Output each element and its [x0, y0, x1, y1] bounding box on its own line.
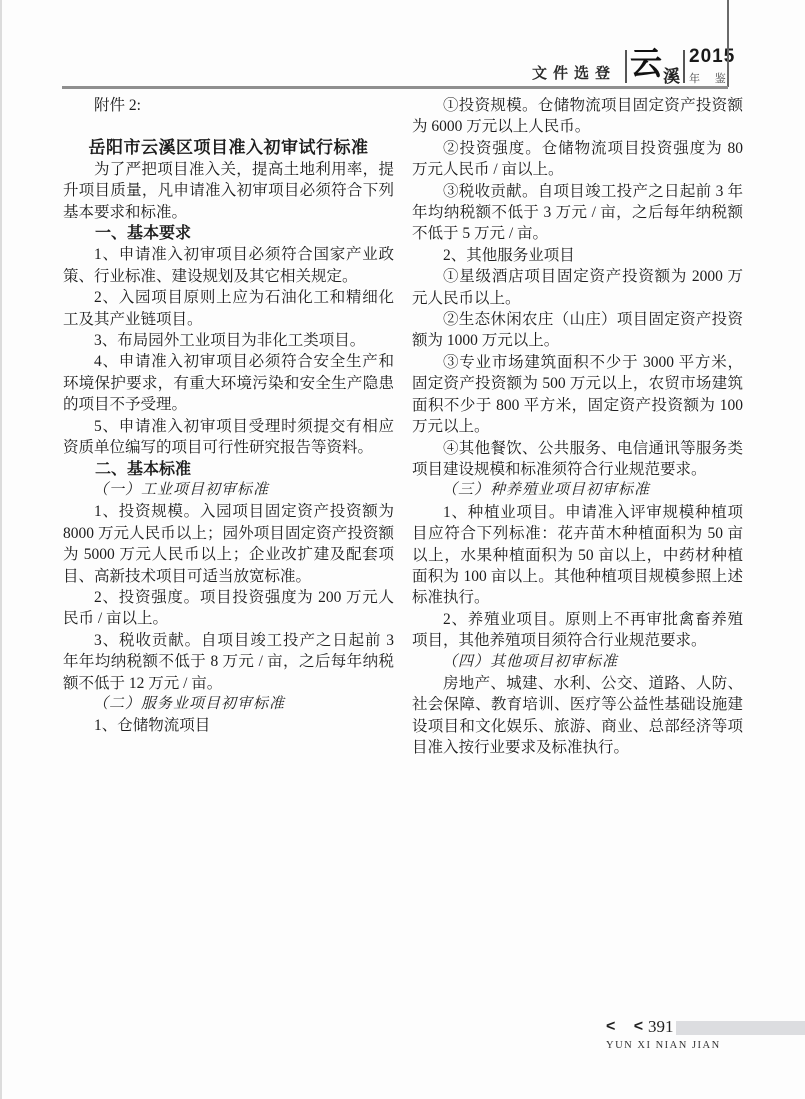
paragraph: ①投资规模。仓储物流项目固定资产投资额为 6000 万元以上人民币。: [412, 95, 743, 138]
paragraph: 1、仓储物流项目: [63, 715, 394, 736]
paragraph: 3、布局园外工业项目为非化工类项目。: [63, 330, 394, 351]
paragraph: ②投资强度。仓储物流项目投资强度为 80 万元人民币 / 亩以上。: [412, 138, 743, 181]
header-year-suffix: 年 鉴: [689, 70, 732, 86]
header-divider: [683, 50, 685, 83]
paragraph: 1、申请准入初审项目必须符合国家产业政策、行业标准、建设规划及其它相关规定。: [63, 244, 394, 287]
brand-character-small: 溪: [663, 62, 680, 87]
right-text-column: ①投资规模。仓储物流项目固定资产投资额为 6000 万元以上人民币。 ②投资强度…: [412, 95, 743, 759]
left-text-column: 附件 2: 岳阳市云溪区项目准入初审试行标准 为了严把项目准入关，提高土地利用率…: [63, 95, 394, 737]
paragraph: 3、税收贡献。自项目竣工投产之日起前 3 年年均纳税额不低于 8 万元 / 亩，…: [63, 630, 394, 694]
paragraph: ③税收贡献。自项目竣工投产之日起前 3 年年均纳税额不低于 3 万元 / 亩，之…: [412, 181, 743, 245]
paragraph: ④其他餐饮、公共服务、电信通讯等服务类项目建设规模和标准须符合行业规范要求。: [412, 438, 743, 481]
paragraph: 房地产、城建、水利、公交、道路、人防、社会保障、教育培训、医疗等公益性基础设施建…: [412, 673, 743, 759]
paragraph: 4、申请准入初审项目必须符合安全生产和环境保护要求，有重大环境污染和安全生产隐患…: [63, 351, 394, 415]
paragraph: ①星级酒店项目固定资产投资额为 2000 万元人民币以上。: [412, 266, 743, 309]
paragraph: 1、种植业项目。申请准入评审规模种植项目应符合下列标准：花卉苗木种植面积为 50…: [412, 502, 743, 609]
page-number: 391: [648, 1017, 674, 1037]
section-heading: 一、基本要求: [63, 223, 394, 244]
header-section-label: 文件选登: [532, 62, 616, 83]
paragraph: ③专业市场建筑面积不少于 3000 平方米，固定资产投资额为 500 万元以上，…: [412, 352, 743, 438]
paragraph: 2、养殖业项目。原则上不再审批禽畜养殖项目，其他养殖项目须符合行业规范要求。: [412, 609, 743, 652]
footer-nav-arrows: < <: [606, 1018, 650, 1036]
paragraph: 2、投资强度。项目投资强度为 200 万元人民币 / 亩以上。: [63, 587, 394, 630]
section-heading: 二、基本标准: [63, 459, 394, 480]
header-horizontal-rule: [62, 86, 728, 89]
paragraph: 2、入园项目原则上应为石油化工和精细化工及其产业链项目。: [63, 287, 394, 330]
footer-decor-bar: [676, 1021, 805, 1035]
paragraph: 为了严把项目准入关，提高土地利用率，提升项目质量，凡申请准入初审项目必须符合下列…: [63, 159, 394, 223]
scanned-yearbook-page: 文件选登 云 溪 2015 年 鉴 附件 2: 岳阳市云溪区项目准入初审试行标准…: [0, 0, 805, 1099]
scan-edge-line: [0, 0, 2, 1099]
paragraph: 2、其他服务业项目: [412, 245, 743, 266]
paragraph: 1、投资规模。入园项目固定资产投资额为 8000 万元人民币以上；园外项目固定资…: [63, 501, 394, 587]
paragraph: 5、申请准入初审项目受理时须提交有相应资质单位编写的项目可行性研究报告等资料。: [63, 416, 394, 459]
header-divider: [625, 50, 627, 83]
paragraph: ②生态休闲农庄（山庄）项目固定资产投资额为 1000 万元以上。: [412, 309, 743, 352]
brand-character-large: 云: [630, 44, 662, 82]
header-vertical-rule: [727, 0, 729, 87]
document-title: 岳阳市云溪区项目准入初审试行标准: [63, 137, 394, 158]
subsection-heading: （二）服务业项目初审标准: [63, 694, 394, 715]
attachment-label: 附件 2:: [63, 95, 394, 116]
subsection-heading: （三）种养殖业项目初审标准: [412, 480, 743, 501]
subsection-heading: （四）其他项目初审标准: [412, 652, 743, 673]
footer-romanized-title: YUN XI NIAN JIAN: [606, 1040, 721, 1051]
subsection-heading: （一）工业项目初审标准: [63, 480, 394, 501]
